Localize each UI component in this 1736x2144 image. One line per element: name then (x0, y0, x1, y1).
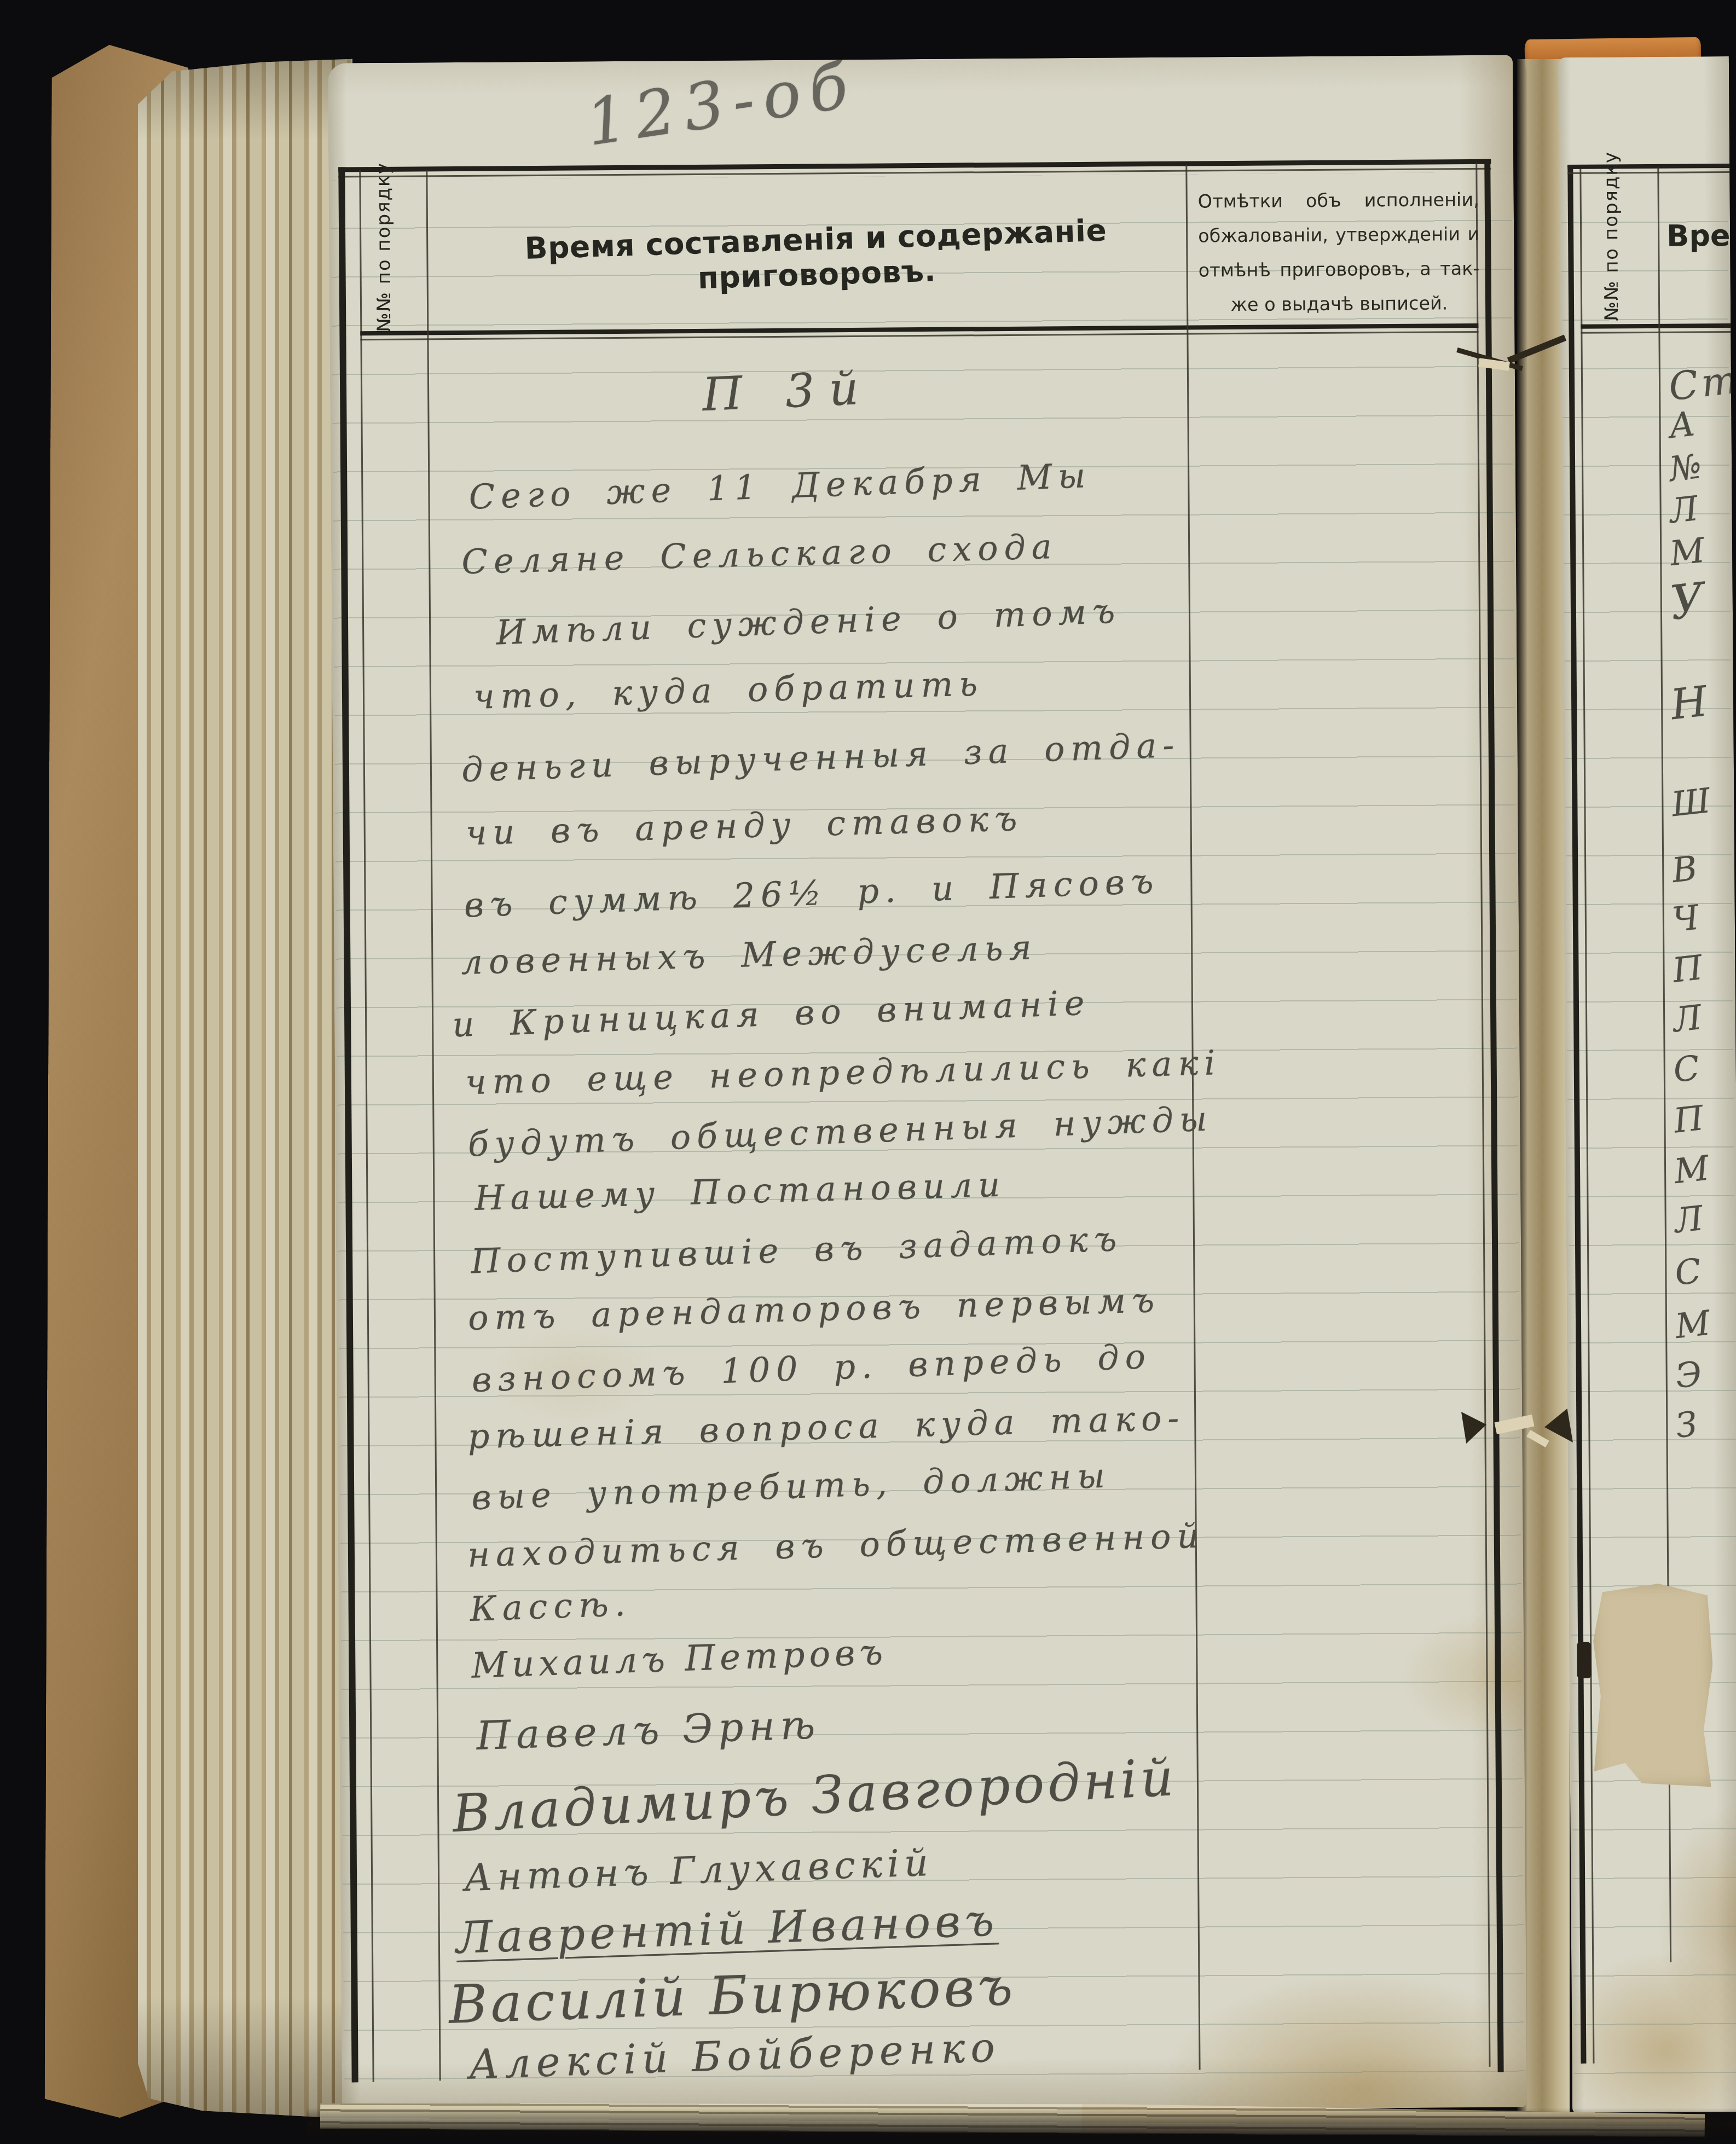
entry-heading: П 3й (701, 361, 873, 421)
order-number-column-header: №№ по порядку (372, 190, 397, 332)
paper-bit (1526, 1430, 1549, 1447)
signatures-block: Михаилъ Петровъ Павелъ Эрнѣ Владимиръ За… (328, 55, 1513, 63)
handwriting-fragment: М (1668, 530, 1710, 573)
scanned-register-page: №№ по порядку Время составленія и содерж… (0, 0, 1736, 2144)
handwriting-fragment: У (1667, 572, 1710, 631)
handwriting-fragment: В (1670, 848, 1702, 890)
handwriting-fragment: З (1674, 1403, 1702, 1446)
table-top-border (1567, 164, 1729, 169)
manuscript-entry: Сего же 11 Декабря Мы Селяне Сельскаго с… (328, 55, 1513, 63)
paper-bit (1494, 1415, 1534, 1434)
paper-bit (1478, 358, 1510, 371)
handwriting-fragment: Н (1668, 676, 1713, 729)
thread (1461, 1412, 1486, 1444)
handwriting-fragment: П (1672, 1097, 1709, 1140)
handwriting-fragment: Ш (1670, 780, 1716, 824)
handwriting-fragment: Л (1668, 488, 1704, 531)
order-number-column-header: №№ по порядку (1599, 178, 1624, 321)
handwriting-fragment: М (1672, 1148, 1714, 1191)
handwriting-fragment: Ст (1666, 357, 1736, 409)
page-stack-fore-edges (138, 57, 352, 2121)
handwriting-fragment: № (1667, 445, 1706, 489)
manuscript-line: Кассѣ. (469, 1584, 632, 1629)
handwriting-fragment: Л (1671, 997, 1707, 1040)
handwriting-fragment: А (1667, 403, 1700, 446)
handwriting-fragment: П (1671, 947, 1708, 990)
ledger-page-left: №№ по порядку Время составленія и содерж… (328, 55, 1527, 2115)
notes-header-line: обжалованіи, утвержденіи и (1198, 217, 1479, 253)
thread (1507, 334, 1566, 363)
handwriting-fragment: М (1673, 1302, 1715, 1346)
handwriting-fragment: Э (1674, 1353, 1707, 1397)
handwriting-fragment: С (1673, 1250, 1706, 1294)
torn-paper-patch (1593, 1583, 1714, 1788)
handwriting-fragment: С (1671, 1047, 1705, 1091)
thread (1544, 1409, 1573, 1442)
notes-column-header: Отмѣтки объ исполненіи, обжалованіи, утв… (1198, 182, 1480, 322)
binding-stitch-middle (1445, 1401, 1593, 1467)
notes-header-line: Отмѣтки объ исполненіи, (1198, 182, 1479, 219)
main-column-header-fragment: Вре (1666, 218, 1731, 253)
pencil-folio-number: 123-об (581, 55, 861, 160)
bottom-shadow (306, 2108, 1736, 2144)
handwriting-fragment: Л (1673, 1198, 1709, 1241)
notes-header-line: отмѣнѣ приговоровъ, а так- (1198, 251, 1479, 288)
binding-stitch-top (1456, 334, 1587, 399)
notes-header-line: же о выдачѣ выписей. (1199, 286, 1480, 322)
binding-stitch (1577, 1642, 1591, 1678)
handwriting-fragment: Ч (1670, 897, 1704, 940)
